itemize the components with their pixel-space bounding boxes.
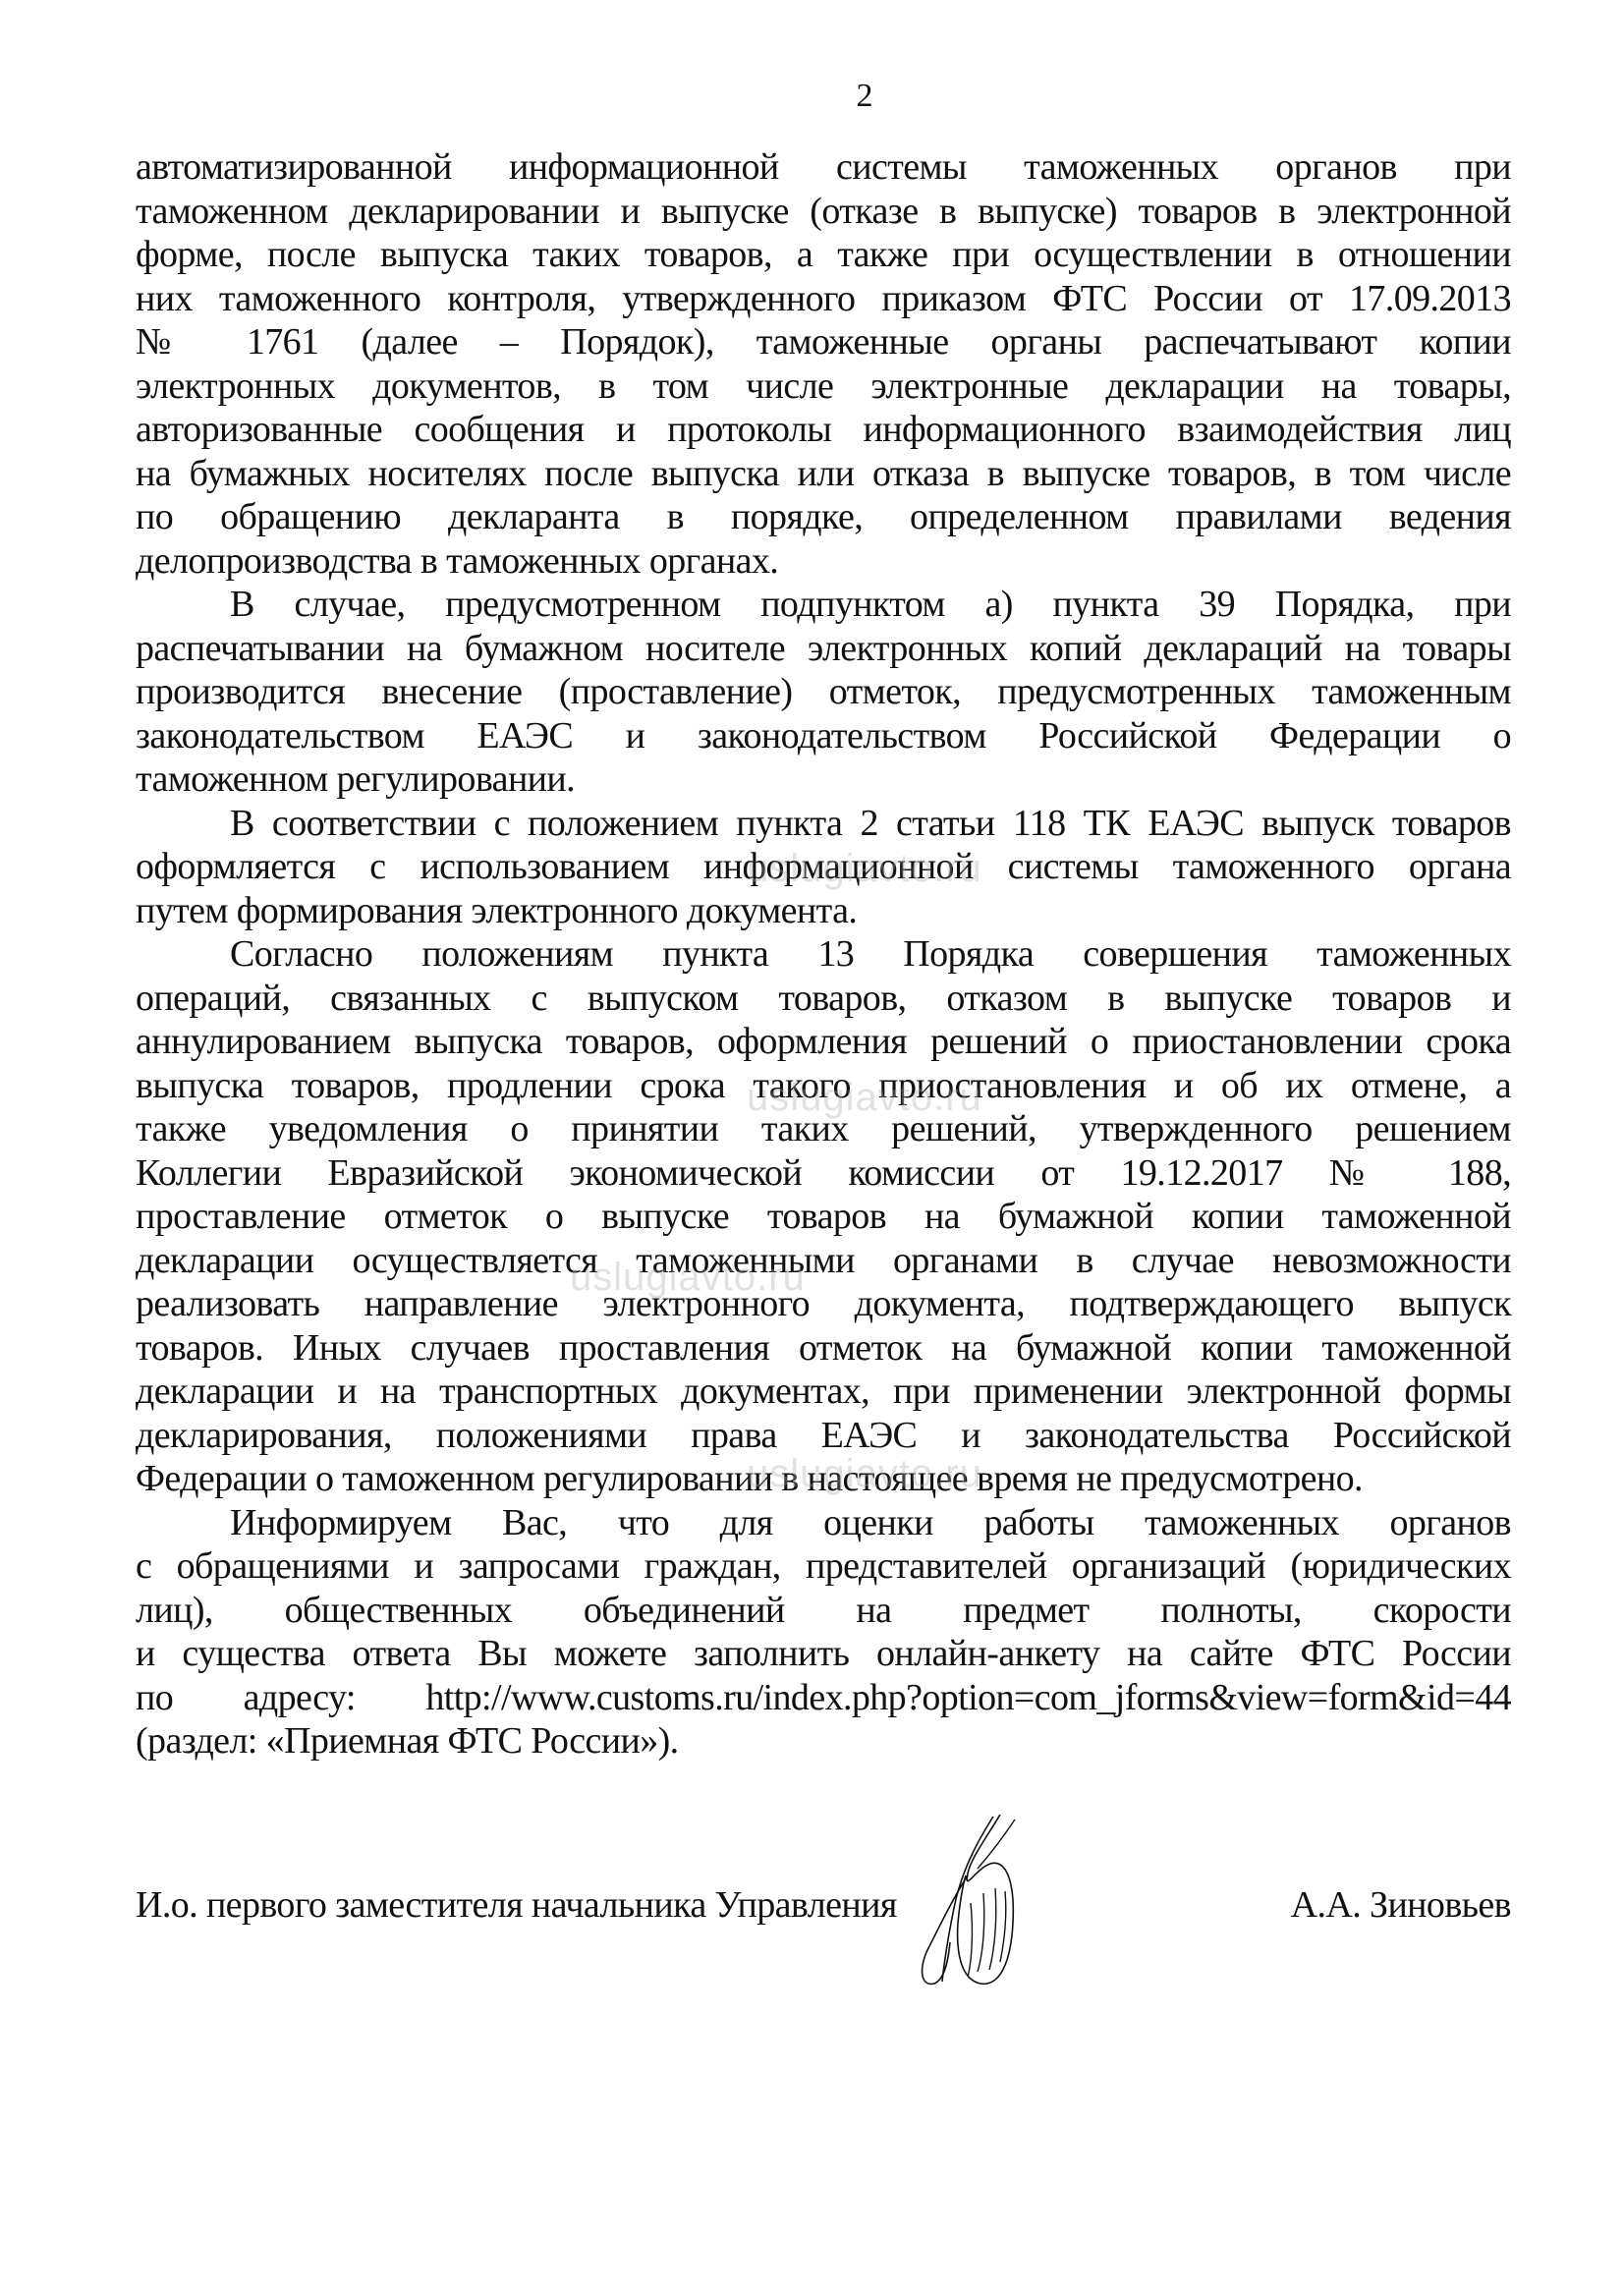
text-line: путем формирования электронного документ… [136,889,1511,933]
text-line: по обращению декларанта в порядке, опред… [136,495,1511,539]
text-line: распечатывании на бумажном носителе элек… [136,627,1511,671]
text-line: лиц), общественных объединений на предме… [136,1589,1511,1633]
text-line: законодательством ЕАЭС и законодательств… [136,714,1511,758]
paragraph-1: автоматизированной информационной систем… [136,145,1511,583]
paragraph-2: В случае, предусмотренном подпунктом а) … [136,583,1511,802]
text-line: (раздел: «Приемная ФТС России»). [136,1719,1511,1764]
paragraph-4: Согласно положениям пункта 13 Порядка со… [136,932,1511,1501]
page-number: 2 [0,77,1624,116]
text-line: операций, связанных с выпуском товаров, … [136,977,1511,1021]
survey-url-line[interactable]: по адресу: http://www.customs.ru/index.p… [136,1676,1511,1720]
signer-title: И.о. первого заместителя начальника Упра… [136,1883,897,1927]
text-line: Коллегии Евразийской экономической комис… [136,1151,1511,1196]
text-line: авторизованные сообщения и протоколы инф… [136,408,1511,452]
signer-name: А.А. Зиновьев [1291,1883,1511,1927]
text-line: товаров. Иных случаев проставления отмет… [136,1326,1511,1371]
text-line: таможенном декларировании и выпуске (отк… [136,190,1511,234]
text-line: В соответствии с положением пункта 2 ста… [136,802,1511,846]
text-line: реализовать направление электронного док… [136,1282,1511,1326]
text-line: них таможенного контроля, утвержденного … [136,277,1511,321]
text-line: производится внесение (проставление) отм… [136,670,1511,714]
text-line: на бумажных носителях после выпуска или … [136,452,1511,496]
text-line: оформляется с использованием информацион… [136,845,1511,889]
letter-body: автоматизированной информационной систем… [136,145,1511,1764]
text-line: аннулированием выпуска товаров, оформлен… [136,1020,1511,1064]
text-line: автоматизированной информационной систем… [136,145,1511,190]
paragraph-5: Информируем Вас, что для оценки работы т… [136,1501,1511,1764]
paragraph-3: В соответствии с положением пункта 2 ста… [136,802,1511,933]
text-line: с обращениями и запросами граждан, предс… [136,1544,1511,1589]
text-line: делопроизводства в таможенных органах. [136,539,1511,584]
text-line: декларации осуществляется таможенными ор… [136,1239,1511,1283]
handwritten-signature-icon [917,1815,1044,2011]
text-line: электронных документов, в том числе элек… [136,364,1511,409]
text-line: В случае, предусмотренном подпунктом а) … [136,583,1511,627]
text-line: Согласно положениям пункта 13 Порядка со… [136,932,1511,977]
text-line: и существа ответа Вы можете заполнить он… [136,1632,1511,1676]
text-line: форме, после выпуска таких товаров, а та… [136,233,1511,277]
text-line: выпуска товаров, продлении срока такого … [136,1064,1511,1108]
text-line: Информируем Вас, что для оценки работы т… [136,1501,1511,1545]
text-line: № 1761 (далее – Порядок), таможенные орг… [136,320,1511,364]
text-line: проставление отметок о выпуске товаров н… [136,1195,1511,1239]
text-line: Федерации о таможенном регулировании в н… [136,1457,1511,1501]
signature-block: И.о. первого заместителя начальника Упра… [136,1883,1511,2080]
text-line: декларации и на транспортных документах,… [136,1370,1511,1414]
text-line: также уведомления о принятии таких решен… [136,1107,1511,1151]
text-line: таможенном регулировании. [136,757,1511,802]
text-line: декларирования, положениями права ЕАЭС и… [136,1414,1511,1458]
